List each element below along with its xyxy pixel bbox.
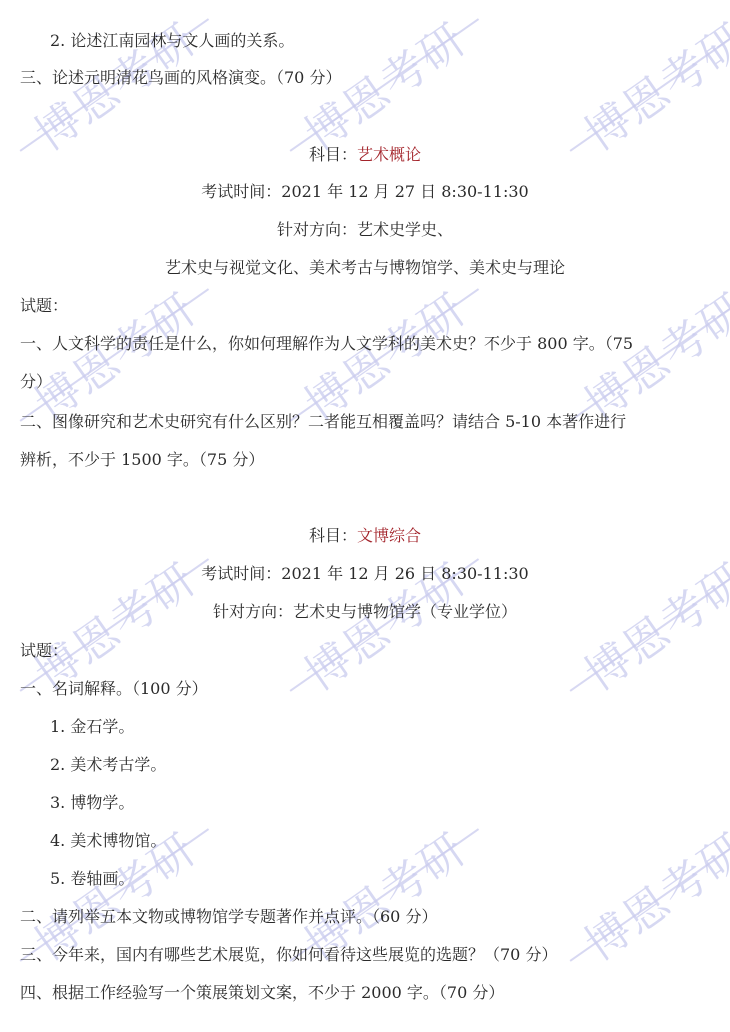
watermark-line xyxy=(570,828,730,961)
watermark-line xyxy=(570,288,730,421)
exam-direction: 艺术史与视觉文化、美术考古与博物馆学、美术史与理论 xyxy=(0,258,730,278)
subject-name: 文博综合 xyxy=(357,526,421,545)
subject-label: 科目： xyxy=(309,145,357,164)
question-item: 4. 美术博物馆。 xyxy=(50,831,166,851)
question-item: 5. 卷轴画。 xyxy=(50,869,134,889)
watermark-line xyxy=(570,18,730,151)
subject-label: 科目： xyxy=(309,526,357,545)
watermark-text: 博恩考研 xyxy=(570,4,730,162)
exam-direction: 针对方向：艺术史学史、 xyxy=(0,220,730,240)
subject-heading: 科目：文博综合 xyxy=(0,526,730,546)
watermark-text: 博恩考研 xyxy=(570,814,730,972)
question: 四、根据工作经验写一个策展策划文案，不少于 2000 字。（70 分） xyxy=(20,983,504,1003)
question-item: 2. 美术考古学。 xyxy=(50,755,166,775)
exam-time: 考试时间：2021 年 12 月 26 日 8:30-11:30 xyxy=(0,564,730,584)
question: 三、今年来，国内有哪些艺术展览，你如何看待这些展览的选题？（70 分） xyxy=(20,945,557,965)
question: 二、图像研究和艺术史研究有什么区别？二者能互相覆盖吗？请结合 5-10 本著作进… xyxy=(20,412,626,432)
exam-direction: 针对方向：艺术史与博物馆学（专业学位） xyxy=(0,602,730,622)
exam-time: 考试时间：2021 年 12 月 27 日 8:30-11:30 xyxy=(0,182,730,202)
subject-heading: 科目：艺术概论 xyxy=(0,145,730,165)
subject-name: 艺术概论 xyxy=(357,145,421,164)
questions-label: 试题： xyxy=(20,296,68,316)
questions-label: 试题： xyxy=(20,641,68,661)
watermark-line xyxy=(290,828,479,961)
question-item: 1. 金石学。 xyxy=(50,717,134,737)
question: 一、人文科学的责任是什么，你如何理解作为人文学科的美术史？不少于 800 字。（… xyxy=(20,334,633,354)
question: 三、论述元明清花鸟画的风格演变。（70 分） xyxy=(20,68,341,88)
question-item: 3. 博物学。 xyxy=(50,793,134,813)
question: 分） xyxy=(20,372,52,392)
question: 辨析，不少于 1500 字。（75 分） xyxy=(20,450,264,470)
question-item: 2. 论述江南园林与文人画的关系。 xyxy=(50,31,294,51)
question: 二、请列举五本文物或博物馆学专题著作并点评。（60 分） xyxy=(20,907,437,927)
question: 一、名词解释。（100 分） xyxy=(20,679,208,699)
watermark-line xyxy=(290,288,479,421)
